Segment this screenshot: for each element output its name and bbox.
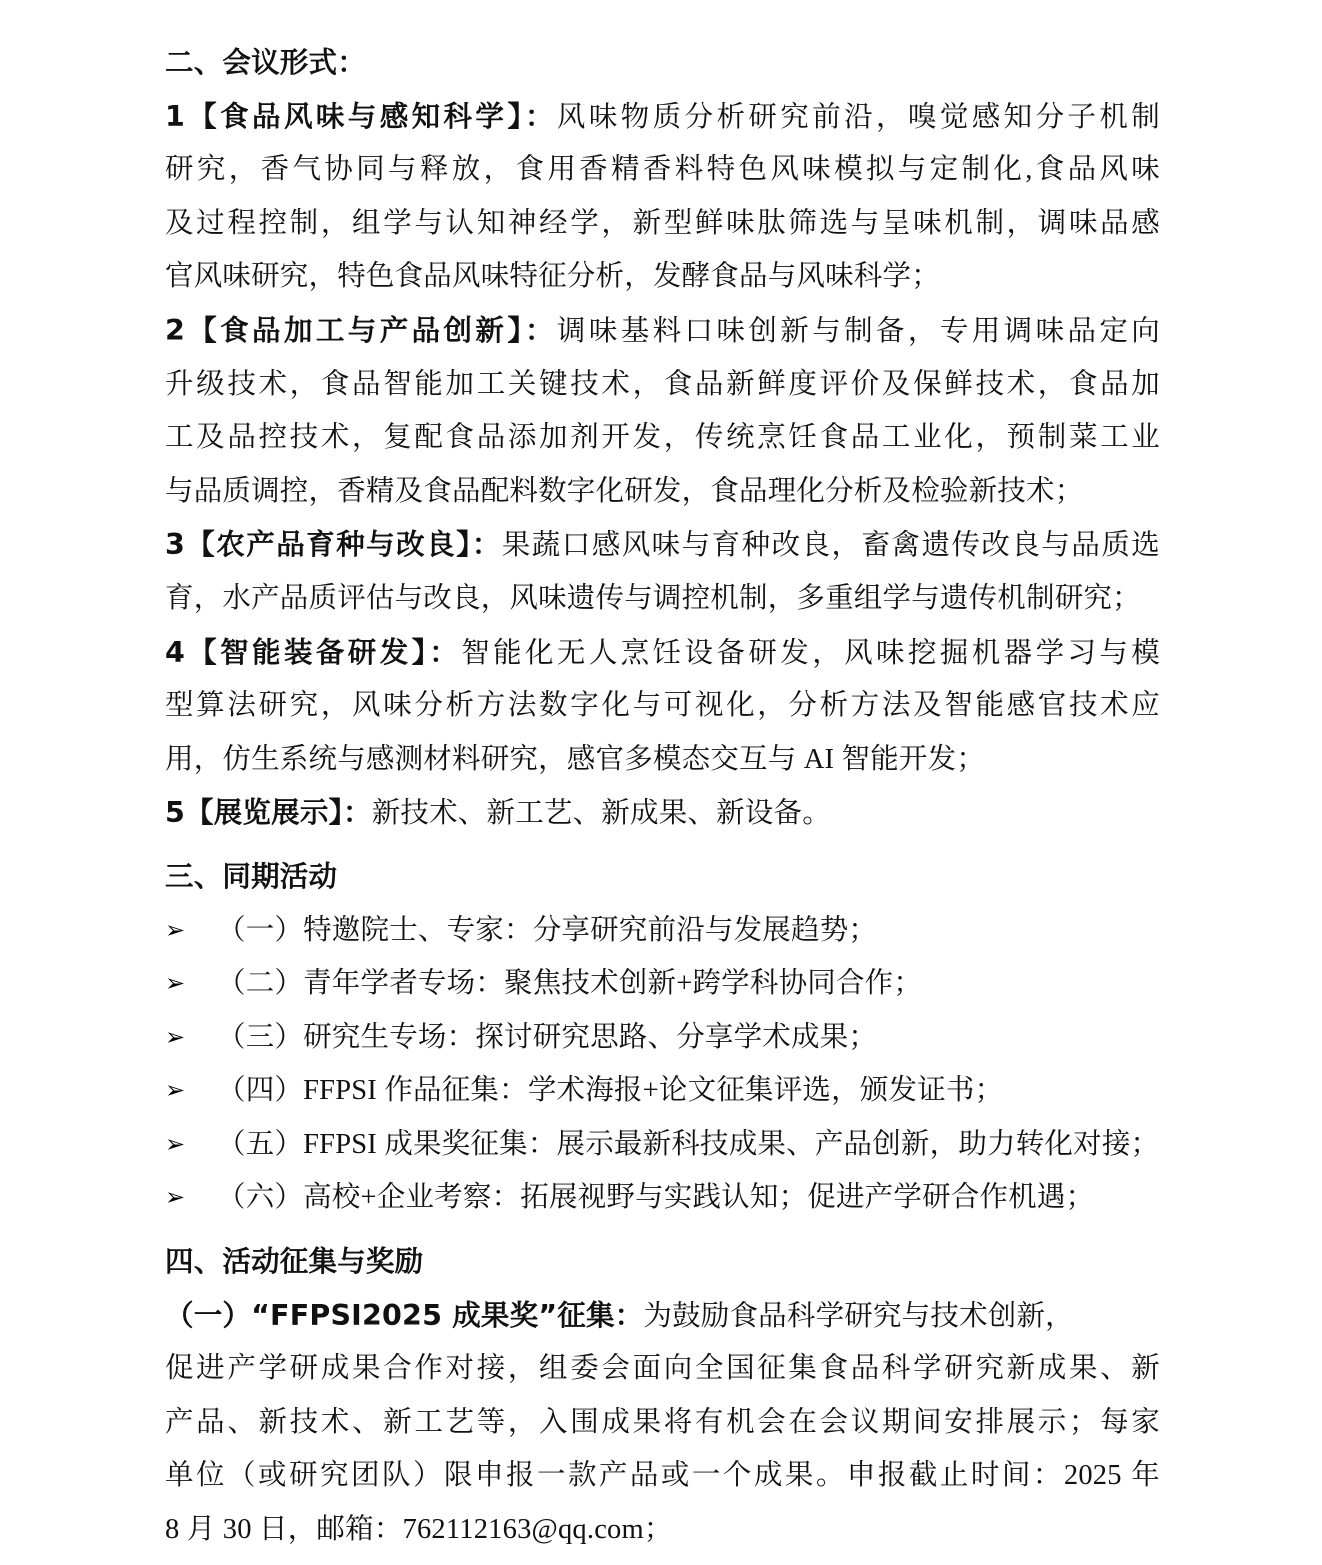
topic-2-line: 升级技术，食品智能加工关键技术，食品新鲜度评价及保鲜技术，食品加 xyxy=(165,358,1160,412)
topic-2-first-line: 2【食品加工与产品创新】：调味基料口味创新与制备，专用调味品定向 xyxy=(165,304,1160,358)
activity-text: （二）青年学者专场：聚焦技术创新+跨学科协同合作； xyxy=(217,957,922,1011)
topic-4-num: 4 xyxy=(165,636,185,669)
activity-list-item: ➢ （五）FFPSI 成果奖征集：展示最新科技成果、产品创新，助力转化对接； xyxy=(165,1118,1165,1172)
topic-1-title: 【食品风味与感知科学】： xyxy=(185,100,557,133)
document-page: 二、会议形式： 1【食品风味与感知科学】：风味物质分析研究前沿，嗅觉感知分子机制… xyxy=(165,36,1165,1557)
topic-2-line: 工及品控技术，复配食品添加剂开发，传统烹饪食品工业化，预制菜工业 xyxy=(165,411,1160,465)
topic-3-num: 3 xyxy=(165,528,185,561)
arrow-bullet-icon: ➢ xyxy=(165,1118,217,1172)
topic-4-text: 智能化无人烹饪设备研发，风味挖掘机器学习与模 xyxy=(461,638,1160,669)
award-call-first-line: （一）“FFPSI2025 成果奖”征集：为鼓励食品科学研究与技术创新， xyxy=(165,1289,1165,1343)
arrow-bullet-icon: ➢ xyxy=(165,1171,217,1225)
activity-list-item: ➢ （四）FFPSI 作品征集：学术海报+论文征集评选，颁发证书； xyxy=(165,1064,1165,1118)
activity-text: （六）高校+企业考察：拓展视野与实践认知；促进产学研合作机遇； xyxy=(217,1171,1094,1225)
topic-5-text: 新技术、新工艺、新成果、新设备。 xyxy=(372,798,831,829)
award-call-line-contact: 8 月 30 日，邮箱：762112163@qq.com； xyxy=(165,1503,1165,1557)
topic-3-first-line: 3【农产品育种与改良】：果蔬口感风味与育种改良，畜禽遗传改良与品质选 xyxy=(165,518,1160,572)
topic-3-title: 【农产品育种与改良】： xyxy=(185,528,502,561)
activity-list-item: ➢ （三）研究生专场：探讨研究思路、分享学术成果； xyxy=(165,1011,1165,1065)
topic-2-title: 【食品加工与产品创新】： xyxy=(185,314,557,347)
topic-1-first-line: 1【食品风味与感知科学】：风味物质分析研究前沿，嗅觉感知分子机制 xyxy=(165,90,1160,144)
arrow-bullet-icon: ➢ xyxy=(165,1011,217,1065)
topic-4-line: 用，仿生系统与感测材料研究，感官多模态交互与 AI 智能开发； xyxy=(165,733,1165,787)
topic-2-num: 2 xyxy=(165,314,185,347)
topic-1-line: 研究，香气协同与释放，食用香精香料特色风味模拟与定制化,食品风味 xyxy=(165,143,1160,197)
topic-5-title: 【展览展示】： xyxy=(185,796,372,829)
activity-list-item: ➢ （二）青年学者专场：聚焦技术创新+跨学科协同合作； xyxy=(165,957,1165,1011)
topic-5-first-line: 5【展览展示】：新技术、新工艺、新成果、新设备。 xyxy=(165,786,1165,840)
award-call-line: 产品、新技术、新工艺等，入围成果将有机会在会议期间安排展示；每家 xyxy=(165,1396,1160,1450)
section-heading-meeting-format: 二、会议形式： xyxy=(165,36,1165,90)
award-call-line: 单位（或研究团队）限申报一款产品或一个成果。申报截止时间：2025 年 xyxy=(165,1449,1160,1503)
award-call-line: 促进产学研成果合作对接，组委会面向全国征集食品科学研究新成果、新 xyxy=(165,1342,1160,1396)
activity-text: （三）研究生专场：探讨研究思路、分享学术成果； xyxy=(217,1011,877,1065)
topic-1-text: 风味物质分析研究前沿，嗅觉感知分子机制 xyxy=(557,102,1160,133)
section-heading-calls-and-awards: 四、活动征集与奖励 xyxy=(165,1235,1165,1289)
topic-1-line: 官风味研究，特色食品风味特征分析，发酵食品与风味科学； xyxy=(165,250,1165,304)
topic-4-line: 型算法研究，风味分析方法数字化与可视化，分析方法及智能感官技术应 xyxy=(165,679,1160,733)
topic-1-line: 及过程控制，组学与认知神经学，新型鲜味肽筛选与呈味机制，调味品感 xyxy=(165,197,1160,251)
activity-text: （一）特邀院士、专家：分享研究前沿与发展趋势； xyxy=(217,904,877,958)
topic-1-num: 1 xyxy=(165,100,185,133)
arrow-bullet-icon: ➢ xyxy=(165,957,217,1011)
topic-3-text: 果蔬口感风味与育种改良，畜禽遗传改良与品质选 xyxy=(502,530,1160,561)
award-call-text: 为鼓励食品科学研究与技术创新， xyxy=(643,1301,1074,1332)
activity-text: （五）FFPSI 成果奖征集：展示最新科技成果、产品创新，助力转化对接； xyxy=(217,1118,1159,1172)
topic-2-line: 与品质调控，香精及食品配料数字化研发，食品理化分析及检验新技术； xyxy=(165,465,1165,519)
award-call-title: （一）“FFPSI2025 成果奖”征集： xyxy=(165,1299,643,1332)
topic-4-title: 【智能装备研发】： xyxy=(185,636,461,669)
arrow-bullet-icon: ➢ xyxy=(165,904,217,958)
activity-text: （四）FFPSI 作品征集：学术海报+论文征集评选，颁发证书； xyxy=(217,1064,1003,1118)
section-heading-concurrent-activities: 三、同期活动 xyxy=(165,850,1165,904)
arrow-bullet-icon: ➢ xyxy=(165,1064,217,1118)
topic-5-num: 5 xyxy=(165,796,185,829)
activity-list-item: ➢ （一）特邀院士、专家：分享研究前沿与发展趋势； xyxy=(165,904,1165,958)
topic-3-line: 育，水产品质评估与改良，风味遗传与调控机制，多重组学与遗传机制研究； xyxy=(165,572,1165,626)
topic-4-first-line: 4【智能装备研发】：智能化无人烹饪设备研发，风味挖掘机器学习与模 xyxy=(165,626,1160,680)
activity-list-item: ➢ （六）高校+企业考察：拓展视野与实践认知；促进产学研合作机遇； xyxy=(165,1171,1165,1225)
topic-2-text: 调味基料口味创新与制备，专用调味品定向 xyxy=(557,316,1160,347)
